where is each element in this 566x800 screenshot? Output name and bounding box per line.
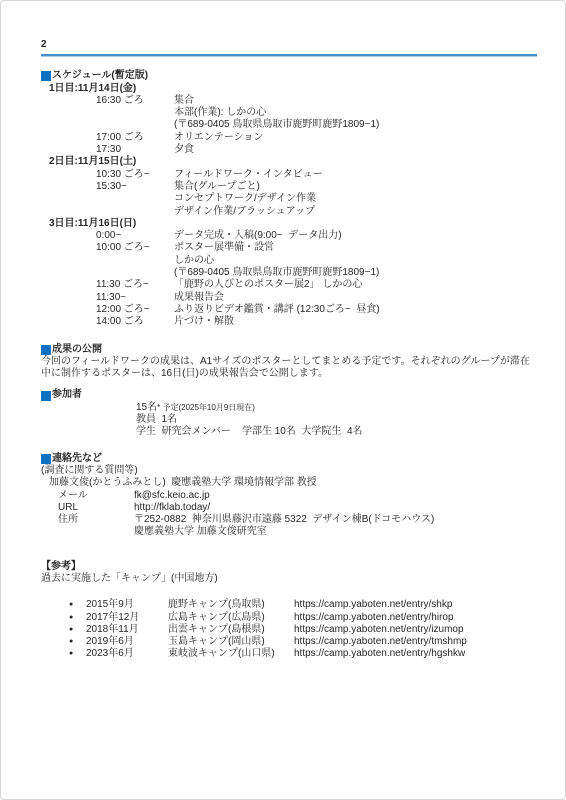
schedule-row-time: 15:30~ (96, 181, 174, 193)
schedule-row: 11:30 ごろ~ 「鹿野の人びとのポスター展2」 しかの心 (41, 279, 537, 291)
contacts-heading-label: 連絡先など (52, 453, 102, 465)
schedule-row-desc: ポスター展準備・設営しかの心(〒689-0405 鳥取県鳥取市鹿野町鹿野1809… (174, 242, 537, 279)
schedule-desc-line: データ完成・入稿(9:00~ データ出力) (174, 230, 537, 242)
schedule-desc-line: (〒689-0405 鳥取県鳥取市鹿野町鹿野1809−1) (174, 267, 537, 279)
bullet-icon: ● (69, 648, 86, 660)
page-number: 2 (41, 39, 537, 51)
schedule-day-rows: 0:00~ データ完成・入稿(9:00~ データ出力) 10:00 ごろ~ ポス… (41, 230, 537, 328)
schedule-desc-line: 「鹿野の人びとのポスター展2」 しかの心 (174, 279, 537, 291)
bullet-icon: ● (69, 636, 86, 648)
camp-date: 2015年9月 (86, 599, 168, 611)
camp-row: ● 2023年6月 東岐波キャンプ(山口県) https://camp.yabo… (41, 648, 537, 660)
schedule-row-desc: 夕食 (174, 144, 537, 156)
bullet-icon: ● (69, 612, 86, 624)
schedule-desc-line: 夕食 (174, 144, 537, 156)
schedule-desc-line: コンセプトワーク/デザイン作業 (174, 193, 537, 205)
schedule-desc-line: 片づけ・解散 (174, 316, 537, 328)
reference-heading: 【参考】 (41, 561, 537, 573)
schedule-desc-line: フィールドワーク・インタビュー (174, 169, 537, 181)
schedule-day: 2日目:11月15日(土) 10:30 ごろ~ フィールドワーク・インタビュー … (41, 156, 537, 217)
schedule-row-time: 0:00~ (96, 230, 174, 242)
section-marker-icon (41, 345, 51, 355)
bullet-icon: ● (69, 599, 86, 611)
schedule-row: 17:30 夕食 (41, 144, 537, 156)
contact-row-value: 慶應義塾大学 加藤文俊研究室 (134, 526, 537, 538)
camp-date: 2018年11月 (86, 624, 168, 636)
contact-row-label: 住所 (58, 514, 134, 526)
contact-row: 慶應義塾大学 加藤文俊研究室 (41, 526, 537, 538)
camp-row: ● 2019年6月 玉島キャンプ(岡山県) https://camp.yabot… (41, 636, 537, 648)
results-heading-label: 成果の公開 (52, 344, 102, 356)
contacts-person: 加藤文俊(かとうふみとし) 慶應義塾大学 環境情報学部 教授 (49, 477, 537, 489)
schedule-desc-line: 本部(作業): しかの心 (174, 107, 537, 119)
schedule-row-time: 10:00 ごろ~ (96, 242, 174, 254)
participants-heading: 参加者 (41, 389, 537, 401)
schedule-row-time: 17:00 ごろ (96, 132, 174, 144)
schedule-row: 10:00 ごろ~ ポスター展準備・設営しかの心(〒689-0405 鳥取県鳥取… (41, 242, 537, 279)
participants-line: 教員 1名 (136, 414, 537, 426)
reference-intro: 過去に実施した「キャンプ」(中国地方) (41, 573, 537, 585)
camp-row: ● 2018年11月 出雲キャンプ(島根県) https://camp.yabo… (41, 624, 537, 636)
schedule-row-desc: 集合(グループごと)コンセプトワーク/デザイン作業デザイン作業/ブラッシュアップ (174, 181, 537, 218)
schedule-row: 0:00~ データ完成・入稿(9:00~ データ出力) (41, 230, 537, 242)
camp-url: https://camp.yaboten.net/entry/izumop (294, 624, 537, 636)
camp-url: https://camp.yaboten.net/entry/hgshkw (294, 648, 537, 660)
schedule-row-time: 14:00 ごろ (96, 316, 174, 328)
page-content: 2 スケジュール(暫定版) 1日目:11月14日(金) 16:30 ごろ 集合本… (41, 39, 537, 661)
schedule-desc-line: しかの心 (174, 255, 537, 267)
section-participants: 参加者 15名* 予定(2025年10月9日現在) 教員 1名学生 研究会メンバ… (41, 389, 537, 438)
contact-row: 住所 〒252-0882 神奈川県藤沢市遠藤 5322 デザイン棟B(ドコモハウ… (41, 514, 537, 526)
schedule-row-desc: 集合本部(作業): しかの心(〒689-0405 鳥取県鳥取市鹿野町鹿野1809… (174, 95, 537, 132)
schedule-desc-line: 集合 (174, 95, 537, 107)
document-page: 2 スケジュール(暫定版) 1日目:11月14日(金) 16:30 ごろ 集合本… (0, 0, 566, 800)
schedule-row-time: 10:30 ごろ~ (96, 169, 174, 181)
schedule-row: 14:00 ごろ 片づけ・解散 (41, 316, 537, 328)
section-marker-icon (41, 391, 51, 401)
camp-date: 2019年6月 (86, 636, 168, 648)
contact-row-value: http://fklab.today/ (134, 502, 537, 514)
camp-name: 東岐波キャンプ(山口県) (168, 648, 294, 660)
schedule-row: 15:30~ 集合(グループごと)コンセプトワーク/デザイン作業デザイン作業/ブ… (41, 181, 537, 218)
schedule-day-label: 3日目:11月16日(日) (49, 218, 537, 230)
contact-row-label: メール (58, 490, 134, 502)
contact-row-value: 〒252-0882 神奈川県藤沢市遠藤 5322 デザイン棟B(ドコモハウス) (134, 514, 537, 526)
schedule-day: 1日目:11月14日(金) 16:30 ごろ 集合本部(作業): しかの心(〒6… (41, 83, 537, 157)
participants-heading-label: 参加者 (52, 389, 82, 401)
schedule-row-time: 11:30 ごろ~ (96, 279, 174, 291)
schedule-days: 1日目:11月14日(金) 16:30 ごろ 集合本部(作業): しかの心(〒6… (41, 83, 537, 329)
participants-total-note: 予定(2025年10月9日現在) (160, 403, 255, 412)
section-results: 成果の公開 今回のフィールドワークの成果は、A1サイズのポスターとしてまとめる予… (41, 344, 537, 381)
contact-row: メール fk@sfc.keio.ac.jp (41, 490, 537, 502)
camp-date: 2023年6月 (86, 648, 168, 660)
schedule-row: 10:30 ごろ~ フィールドワーク・インタビュー (41, 169, 537, 181)
participants-lines: 教員 1名学生 研究会メンバー 学部生 10名 大学院生 4名 (41, 414, 537, 439)
contacts-subnote: (調査に関する質問等) (41, 465, 537, 477)
participants-total: 15名* 予定(2025年10月9日現在) (136, 402, 537, 414)
camp-name: 鹿野キャンプ(鳥取県) (168, 599, 294, 611)
schedule-row-time: 17:30 (96, 144, 174, 156)
contact-row-label: URL (58, 502, 134, 514)
section-contacts: 連絡先など (調査に関する質問等) 加藤文俊(かとうふみとし) 慶應義塾大学 環… (41, 453, 537, 539)
schedule-row: 11:30~ 成果報告会 (41, 292, 537, 304)
camp-name: 広島キャンプ(広島県) (168, 612, 294, 624)
results-body: 今回のフィールドワークの成果は、A1サイズのポスターとしてまとめる予定です。それ… (41, 356, 537, 381)
section-schedule: スケジュール(暫定版) 1日目:11月14日(金) 16:30 ごろ 集合本部(… (41, 70, 537, 328)
schedule-day-rows: 16:30 ごろ 集合本部(作業): しかの心(〒689-0405 鳥取県鳥取市… (41, 95, 537, 156)
schedule-desc-line: デザイン作業/ブラッシュアップ (174, 206, 537, 218)
schedule-row-desc: データ完成・入稿(9:00~ データ出力) (174, 230, 537, 242)
schedule-heading: スケジュール(暫定版) (41, 70, 537, 82)
participants-line: 学生 研究会メンバー 学部生 10名 大学院生 4名 (136, 426, 537, 438)
camp-url: https://camp.yaboten.net/entry/hirop (294, 612, 537, 624)
schedule-desc-line: 成果報告会 (174, 292, 537, 304)
schedule-desc-line: 集合(グループごと) (174, 181, 537, 193)
schedule-row-desc: ふり返りビデオ鑑賞・講評 (12:30ごろ~ 昼食) (174, 304, 537, 316)
schedule-desc-line: ポスター展準備・設営 (174, 242, 537, 254)
schedule-day-label: 1日目:11月14日(金) (49, 83, 537, 95)
schedule-row-desc: 「鹿野の人びとのポスター展2」 しかの心 (174, 279, 537, 291)
contact-rows: メール fk@sfc.keio.ac.jp URL http://fklab.t… (41, 490, 537, 539)
schedule-desc-line: オリエンテーション (174, 132, 537, 144)
schedule-row: 17:00 ごろ オリエンテーション (41, 132, 537, 144)
schedule-day-label: 2日目:11月15日(土) (49, 156, 537, 168)
schedule-row-time: 12:00 ごろ~ (96, 304, 174, 316)
schedule-row-desc: 片づけ・解散 (174, 316, 537, 328)
schedule-row-time: 11:30~ (96, 292, 174, 304)
camp-name: 出雲キャンプ(島根県) (168, 624, 294, 636)
schedule-row-desc: フィールドワーク・インタビュー (174, 169, 537, 181)
contact-row-value: fk@sfc.keio.ac.jp (134, 490, 537, 502)
camp-url: https://camp.yaboten.net/entry/tmshmp (294, 636, 537, 648)
schedule-day: 3日目:11月16日(日) 0:00~ データ完成・入稿(9:00~ データ出力… (41, 218, 537, 329)
schedule-row-desc: オリエンテーション (174, 132, 537, 144)
section-marker-icon (41, 71, 51, 81)
camp-list: ● 2015年9月 鹿野キャンプ(鳥取県) https://camp.yabot… (41, 599, 537, 660)
schedule-row-desc: 成果報告会 (174, 292, 537, 304)
schedule-row: 12:00 ごろ~ ふり返りビデオ鑑賞・講評 (12:30ごろ~ 昼食) (41, 304, 537, 316)
contact-row: URL http://fklab.today/ (41, 502, 537, 514)
contacts-heading: 連絡先など (41, 453, 537, 465)
camp-date: 2017年12月 (86, 612, 168, 624)
schedule-desc-line: (〒689-0405 鳥取県鳥取市鹿野町鹿野1809−1) (174, 119, 537, 131)
camp-row: ● 2017年12月 広島キャンプ(広島県) https://camp.yabo… (41, 612, 537, 624)
schedule-heading-label: スケジュール(暫定版) (52, 70, 148, 82)
section-marker-icon (41, 454, 51, 464)
camp-row: ● 2015年9月 鹿野キャンプ(鳥取県) https://camp.yabot… (41, 599, 537, 611)
participants-total-count: 15名 (136, 402, 157, 413)
section-reference: 【参考】 過去に実施した「キャンプ」(中国地方) ● 2015年9月 鹿野キャン… (41, 561, 537, 661)
header-rule (41, 54, 537, 57)
camp-url: https://camp.yaboten.net/entry/shkp (294, 599, 537, 611)
schedule-day-rows: 10:30 ごろ~ フィールドワーク・インタビュー 15:30~ 集合(グループ… (41, 169, 537, 218)
camp-name: 玉島キャンプ(岡山県) (168, 636, 294, 648)
bullet-icon: ● (69, 624, 86, 636)
schedule-row: 16:30 ごろ 集合本部(作業): しかの心(〒689-0405 鳥取県鳥取市… (41, 95, 537, 132)
schedule-desc-line: ふり返りビデオ鑑賞・講評 (12:30ごろ~ 昼食) (174, 304, 537, 316)
results-heading: 成果の公開 (41, 344, 537, 356)
schedule-row-time: 16:30 ごろ (96, 95, 174, 107)
